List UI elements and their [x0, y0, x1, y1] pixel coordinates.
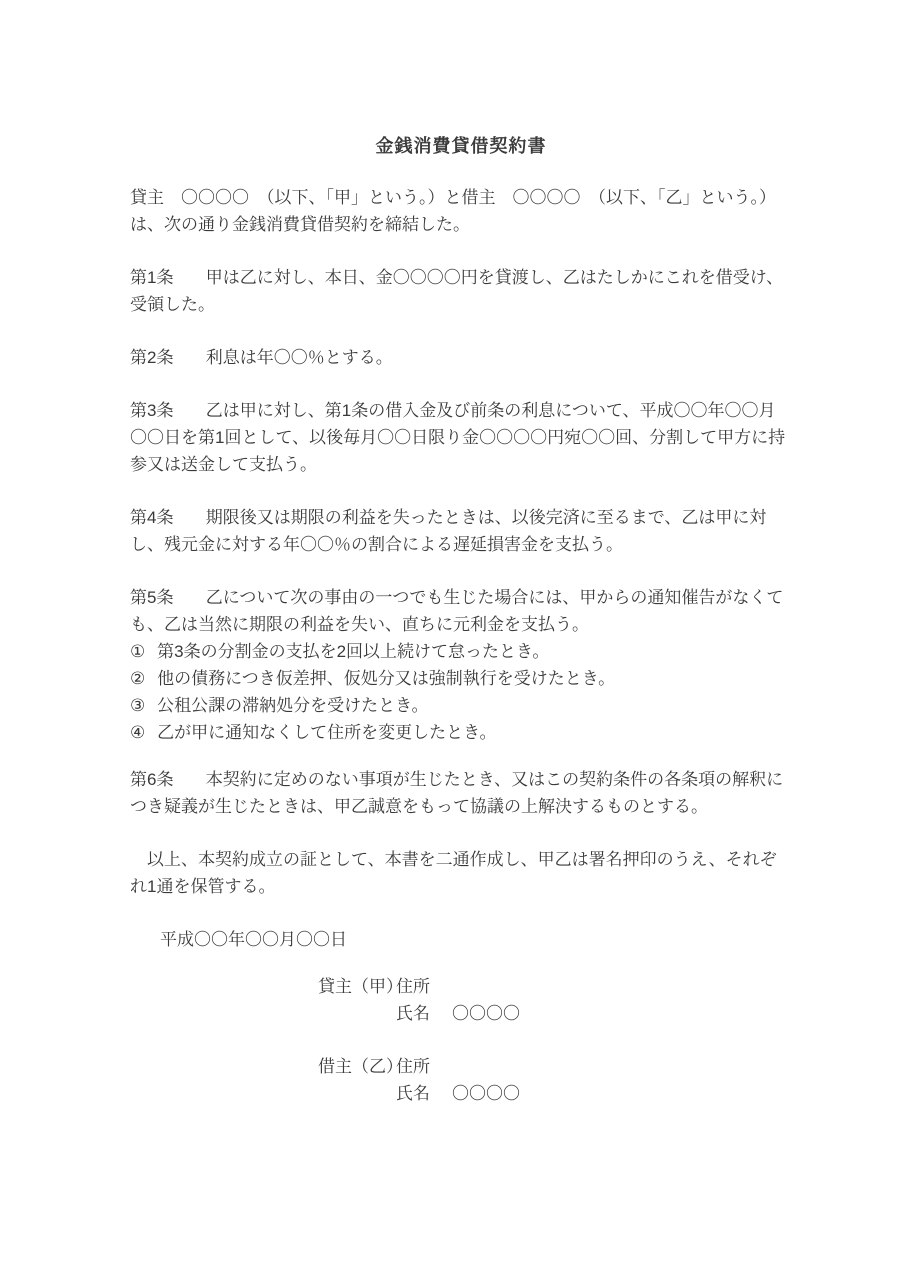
borrower-address-label: 住所	[396, 1053, 430, 1080]
article-3: 第3条乙は甲に対し、第1条の借入金及び前条の利息について、平成〇〇年〇〇月〇〇日…	[130, 397, 792, 478]
enum-item-2: ②他の債務につき仮差押、仮処分又は強制執行を受けたとき。	[130, 665, 792, 692]
article-1-text: 甲は乙に対し、本日、金〇〇〇〇円を貸渡し、乙はたしかにこれを借受け、受領した。	[130, 268, 783, 314]
borrower-party-label: 借主（乙）	[318, 1053, 396, 1080]
document-title: 金銭消費貸借契約書	[130, 133, 792, 160]
enum-item-1-marker: ①	[130, 642, 145, 661]
article-3-text: 乙は甲に対し、第1条の借入金及び前条の利息について、平成〇〇年〇〇月〇〇日を第1…	[130, 401, 785, 474]
enum-item-2-text: 他の債務につき仮差押、仮処分又は強制執行を受けたとき。	[157, 669, 615, 688]
lender-name-value: 〇〇〇〇	[452, 1000, 520, 1027]
article-3-label: 第3条	[130, 401, 173, 420]
article-4-text: 期限後又は期限の利益を失ったときは、以後完済に至るまで、乙は甲に対し、残元金に対…	[130, 508, 766, 554]
enum-item-2-marker: ②	[130, 669, 145, 688]
borrower-name-label: 氏名	[396, 1080, 430, 1107]
enum-item-3-marker: ③	[130, 696, 145, 715]
lender-address-label: 住所	[396, 973, 430, 1000]
lender-name-row: 氏名 〇〇〇〇	[318, 1000, 792, 1027]
article-2-label: 第2条	[130, 348, 173, 367]
closing-paragraph: 以上、本契約成立の証として、本書を二通作成し、甲乙は署名押印のうえ、それぞれ1通…	[130, 846, 792, 900]
article-6-text: 本契約に定めのない事項が生じたとき、又はこの契約条件の各条項の解釈につき疑義が生…	[130, 770, 783, 816]
article-6-label: 第6条	[130, 770, 173, 789]
lender-party-label: 貸主（甲）	[318, 973, 396, 1000]
enum-item-3: ③公租公課の滞納処分を受けたとき。	[130, 692, 792, 719]
borrower-name-row: 氏名 〇〇〇〇	[318, 1080, 792, 1107]
contract-document-page: 金銭消費貸借契約書 貸主 〇〇〇〇 （以下、「甲」という。）と借主 〇〇〇〇 （…	[0, 0, 905, 1280]
signature-block-borrower: 借主（乙） 住所 氏名 〇〇〇〇	[318, 1053, 792, 1107]
article-5-text: 乙について次の事由の一つでも生じた場合には、甲からの通知催告がなくても、乙は当然…	[130, 588, 783, 634]
article-4: 第4条期限後又は期限の利益を失ったときは、以後完済に至るまで、乙は甲に対し、残元…	[130, 504, 792, 558]
enum-item-4-text: 乙が甲に通知なくして住所を変更したとき。	[157, 723, 496, 742]
lender-name-label: 氏名	[396, 1000, 430, 1027]
article-5: 第5条乙について次の事由の一つでも生じた場合には、甲からの通知催告がなくても、乙…	[130, 584, 792, 638]
contract-date: 平成〇〇年〇〇月〇〇日	[130, 926, 792, 953]
article-2-text: 利息は年〇〇％とする。	[206, 348, 393, 367]
signature-block-lender: 貸主（甲） 住所 氏名 〇〇〇〇	[318, 973, 792, 1027]
article-4-label: 第4条	[130, 508, 173, 527]
article-5-label: 第5条	[130, 588, 173, 607]
enum-item-3-text: 公租公課の滞納処分を受けたとき。	[157, 696, 428, 715]
article-6: 第6条本契約に定めのない事項が生じたとき、又はこの契約条件の各条項の解釈につき疑…	[130, 766, 792, 820]
preamble-paragraph: 貸主 〇〇〇〇 （以下、「甲」という。）と借主 〇〇〇〇 （以下、「乙」という。…	[130, 184, 792, 238]
enum-item-4: ④乙が甲に通知なくして住所を変更したとき。	[130, 719, 792, 746]
borrower-address-row: 借主（乙） 住所	[318, 1053, 792, 1080]
enum-item-1-text: 第3条の分割金の支払を2回以上続けて怠ったとき。	[157, 642, 549, 661]
lender-address-row: 貸主（甲） 住所	[318, 973, 792, 1000]
article-1-label: 第1条	[130, 268, 173, 287]
enum-item-1: ①第3条の分割金の支払を2回以上続けて怠ったとき。	[130, 638, 792, 665]
article-1: 第1条甲は乙に対し、本日、金〇〇〇〇円を貸渡し、乙はたしかにこれを借受け、受領し…	[130, 264, 792, 318]
borrower-name-value: 〇〇〇〇	[452, 1080, 520, 1107]
article-5-items: ①第3条の分割金の支払を2回以上続けて怠ったとき。 ②他の債務につき仮差押、仮処…	[130, 638, 792, 746]
article-2: 第2条利息は年〇〇％とする。	[130, 344, 792, 371]
enum-item-4-marker: ④	[130, 723, 145, 742]
